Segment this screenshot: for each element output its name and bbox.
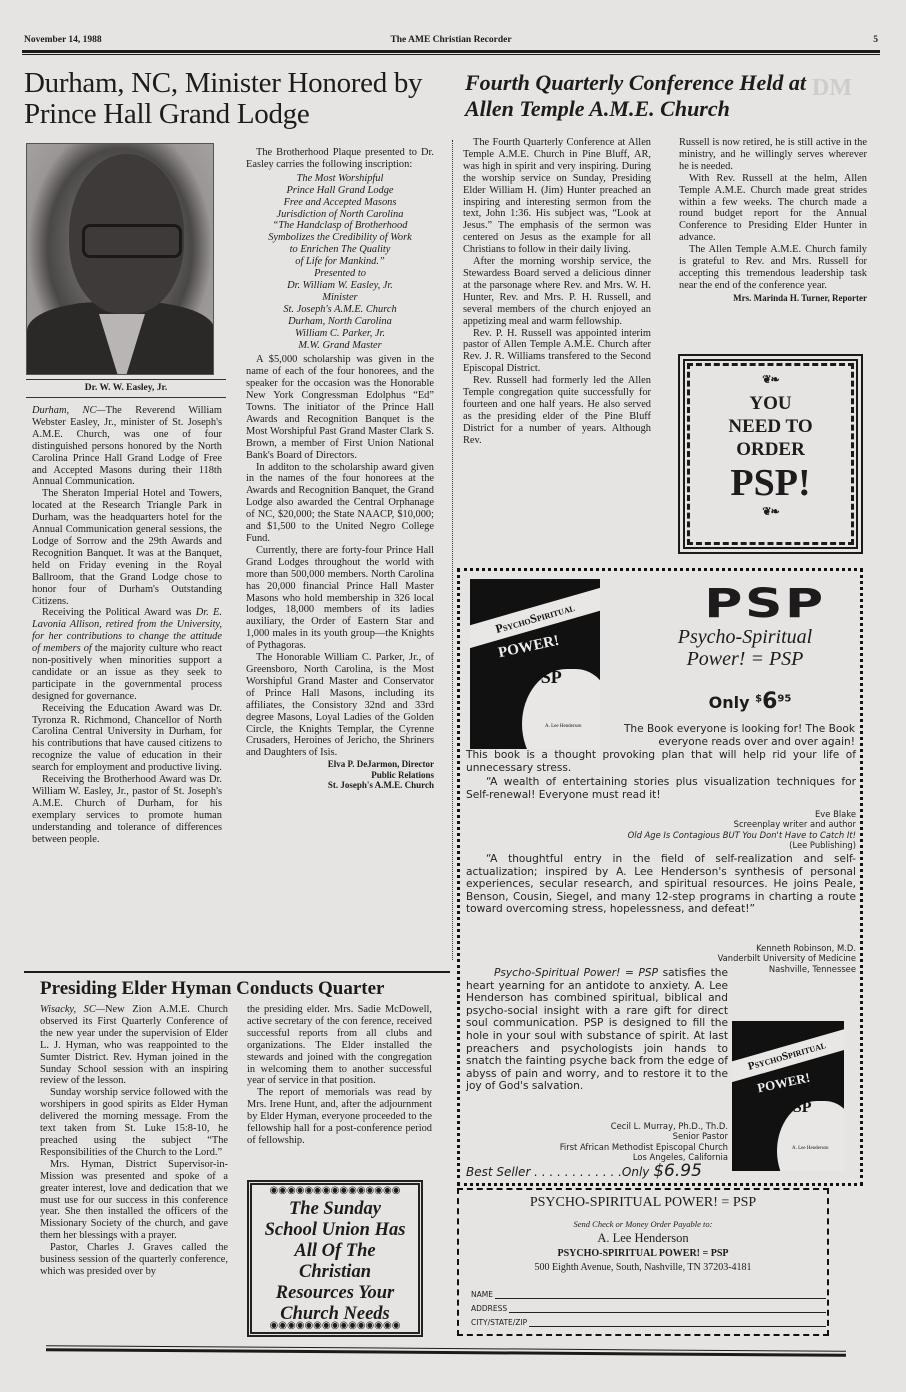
portrait-photo: [26, 143, 214, 375]
ornament-icon: ❦❧: [685, 505, 856, 518]
ssu-ad-text: The Sunday School Union Has All Of The C…: [252, 1199, 418, 1325]
plaque-intro: The Brotherhood Plaque presented to Dr. …: [246, 147, 434, 171]
article3-paragraph: Wisacky, SC—New Zion A.M.E. Church obser…: [40, 1004, 228, 1087]
order-form-title: PSYCHO-SPIRITUAL POWER! = PSP: [459, 1195, 827, 1211]
article1-column1: Durham, NC—The Reverend William Webster …: [32, 405, 222, 846]
article1-headline: Durham, NC, Minister Honored by Prince H…: [24, 68, 444, 130]
article1-column2: The Brotherhood Plaque presented to Dr. …: [246, 147, 434, 791]
article3-headline: Presiding Elder Hyman Conducts Quarter: [40, 978, 440, 1000]
article1-paragraph: The Honorable William C. Parker, Jr., of…: [246, 652, 434, 759]
article2-signature: Mrs. Marinda H. Turner, Reporter: [679, 293, 867, 304]
article3-paragraph: Pastor, Charles J. Graves called the bus…: [40, 1242, 228, 1278]
article2-paragraph: The Fourth Quarterly Conference at Allen…: [463, 137, 651, 256]
article1-paragraph: Receiving the Brotherhood Award was Dr. …: [32, 774, 222, 845]
article2-paragraph: Rev. P. H. Russell was appointed interim…: [463, 328, 651, 376]
article1-paragraph: A $5,000 scholarship was given in the na…: [246, 354, 434, 461]
article3-column2: the presiding elder. Mrs. Sadie McDowell…: [247, 1004, 432, 1147]
caption-rule-bottom: [26, 397, 226, 398]
article3-paragraph: the presiding elder. Mrs. Sadie McDowell…: [247, 1004, 432, 1087]
ad-quote-3: Psycho-Spiritual Power! = PSP satisfies …: [466, 967, 728, 1093]
dot-border-icon: ◉◉◉◉◉◉◉◉◉◉◉◉◉◉◉: [252, 1185, 418, 1197]
page-number: 5: [873, 35, 878, 45]
dateline: Durham, NC—: [32, 405, 106, 416]
article1-paragraph: Receiving the Education Award was Dr. Ty…: [32, 703, 222, 774]
ornament-icon: ❦❧: [685, 373, 856, 386]
order-form-org: PSYCHO-SPIRITUAL POWER! = PSP: [459, 1248, 827, 1259]
column-divider: [452, 140, 453, 960]
sunday-school-union-ad: ◉◉◉◉◉◉◉◉◉◉◉◉◉◉◉ The Sunday School Union …: [247, 1180, 423, 1337]
article2-headline: Fourth Quarterly Conference Held at Alle…: [465, 70, 865, 122]
ad-title: PSP: [648, 581, 882, 627]
masthead-rule: [22, 50, 880, 55]
article1-paragraph: Receiving the Political Award was Dr. E.…: [32, 607, 222, 702]
article1-paragraph: Currently, there are forty-four Prince H…: [246, 545, 434, 652]
city-state-zip-field[interactable]: CITY/STATE/ZIP: [471, 1318, 826, 1327]
article3-paragraph: Sunday worship service followed with the…: [40, 1087, 228, 1158]
article1-paragraph: In additon to the scholarship award give…: [246, 462, 434, 545]
photo-glasses: [82, 224, 182, 258]
psp-advertisement: PsychoSpiritual POWER! = PSP A. Lee Hend…: [457, 568, 863, 1186]
order-psp-callout: ❦❧ YOU NEED TO ORDER PSP! ❦❧: [678, 354, 863, 554]
plaque-inscription: The Most Worshipful Prince Hall Grand Lo…: [246, 173, 434, 352]
publication-name: The AME Christian Recorder: [24, 35, 878, 45]
article2-paragraph: With Rev. Russell at the helm, Allen Tem…: [679, 173, 867, 244]
article3-paragraph: Mrs. Hyman, District Supervisor-in-Missi…: [40, 1159, 228, 1242]
name-field[interactable]: NAME: [471, 1290, 826, 1299]
ad-quote-1: “A wealth of entertaining stories plus v…: [466, 776, 856, 801]
dot-border-icon: ◉◉◉◉◉◉◉◉◉◉◉◉◉◉◉: [252, 1320, 418, 1332]
article2-column2: Russell is now retired, he is still acti…: [679, 137, 867, 303]
ad-attribution-3: Cecil L. Murray, Ph.D., Th.D. Senior Pas…: [466, 1121, 728, 1163]
best-seller-line: Best Seller . . . . . . . . . . . .Only …: [466, 1161, 702, 1181]
article1-paragraph: Durham, NC—The Reverend William Webster …: [32, 405, 222, 488]
photo-caption: Dr. W. W. Easley, Jr.: [26, 383, 226, 393]
masthead: November 14, 1988 The AME Christian Reco…: [24, 35, 878, 49]
section-rule: [24, 971, 450, 973]
order-form-payee: A. Lee Henderson: [459, 1231, 827, 1246]
article2-paragraph: The Allen Temple A.M.E. Church family is…: [679, 244, 867, 292]
caption-rule-top: [26, 379, 226, 380]
ad-intro-2: This book is a thought provoking plan th…: [466, 749, 856, 774]
newspaper-page: November 14, 1988 The AME Christian Reco…: [0, 0, 906, 1392]
order-form-instructions: Send Check or Money Order Payable to:: [459, 1219, 827, 1229]
article3-column1: Wisacky, SC—New Zion A.M.E. Church obser…: [40, 1004, 228, 1278]
article2-paragraph: After the morning worship service, the S…: [463, 256, 651, 327]
article2-column1: The Fourth Quarterly Conference at Allen…: [463, 137, 651, 447]
article2-paragraph: Rev. Russell had formerly led the Allen …: [463, 375, 651, 446]
address-field[interactable]: ADDRESS: [471, 1304, 826, 1313]
ad-attribution-1: Eve Blake Screenplay writer and author O…: [466, 809, 856, 851]
article1-signature: Elva P. DeJarmon, Director Public Relati…: [246, 759, 434, 791]
book-cover-image: PsychoSpiritual POWER! = PSP A. Lee Hend…: [470, 579, 600, 749]
page-bottom-rule: [46, 1345, 846, 1357]
article3-paragraph: The report of memorials was read by Mrs.…: [247, 1087, 432, 1147]
ad-subtitle: Psycho-Spiritual Power! = PSP: [625, 626, 865, 670]
ad-intro: The Book everyone is looking for! The Bo…: [600, 723, 855, 748]
ad-quote-2: “A thoughtful entry in the field of self…: [466, 853, 856, 916]
ad-price: Only $695: [660, 689, 840, 714]
article2-paragraph: Russell is now retired, he is still acti…: [679, 137, 867, 173]
order-form: PSYCHO-SPIRITUAL POWER! = PSP Send Check…: [457, 1188, 829, 1336]
book-cover-image-small: PsychoSpiritual POWER! = PSP A. Lee Hend…: [732, 1021, 844, 1171]
order-form-address: 500 Eighth Avenue, South, Nashville, TN …: [459, 1262, 827, 1273]
article1-paragraph: The Sheraton Imperial Hotel and Towers, …: [32, 488, 222, 607]
dateline: Wisacky, SC—: [40, 1004, 105, 1015]
